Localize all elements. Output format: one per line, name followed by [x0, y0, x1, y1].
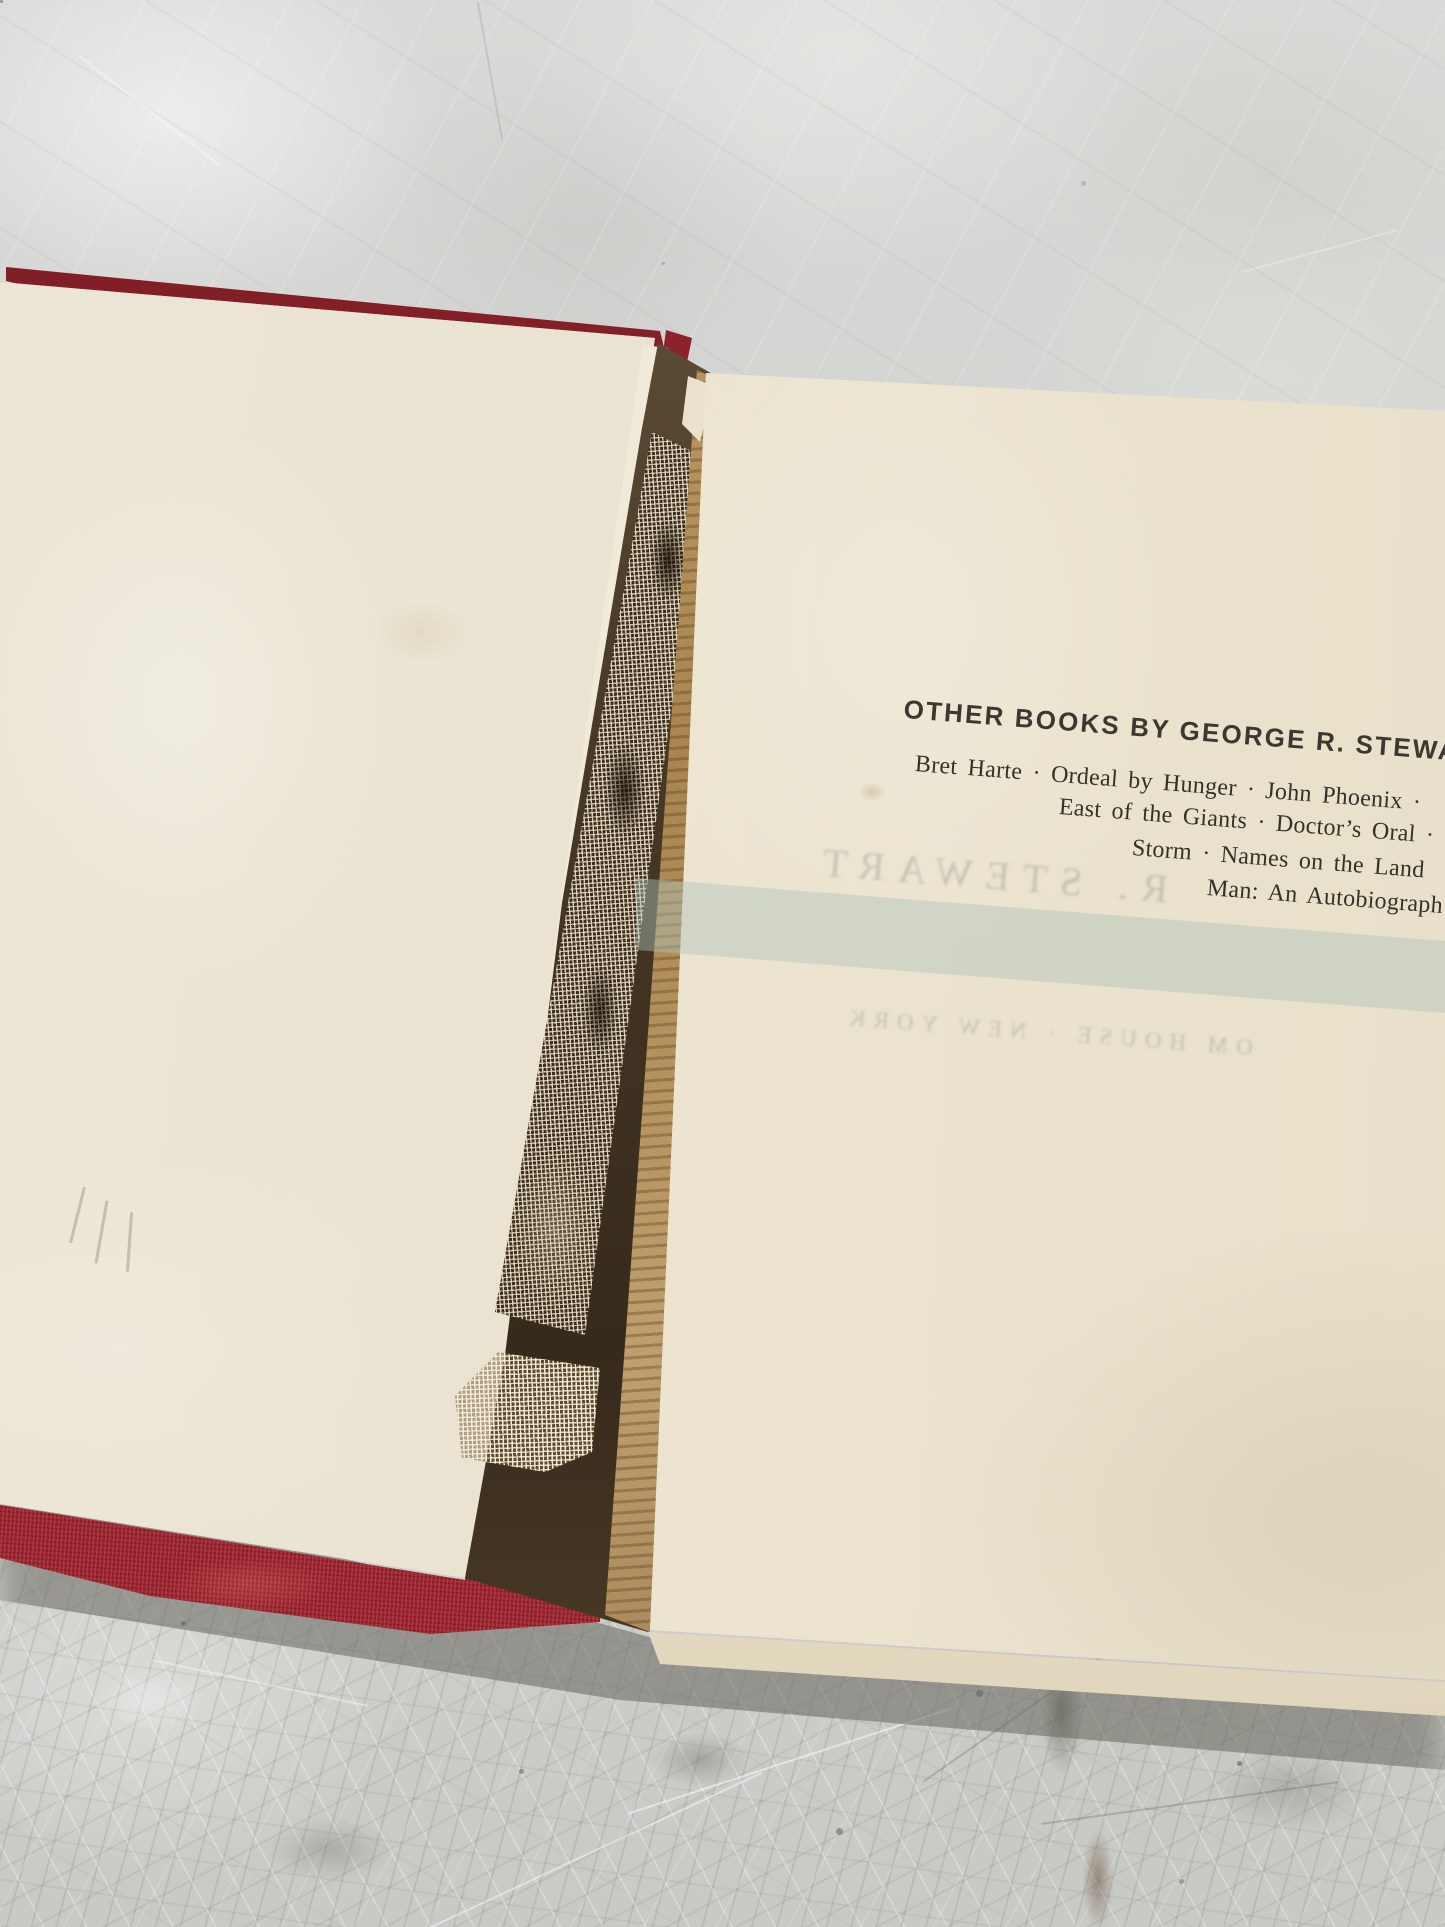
surface-speckles	[0, 0, 3, 3]
photo-of-open-book: R. STEWART OM HOUSE · NEW YORK OTHER BOO…	[0, 0, 1445, 1927]
